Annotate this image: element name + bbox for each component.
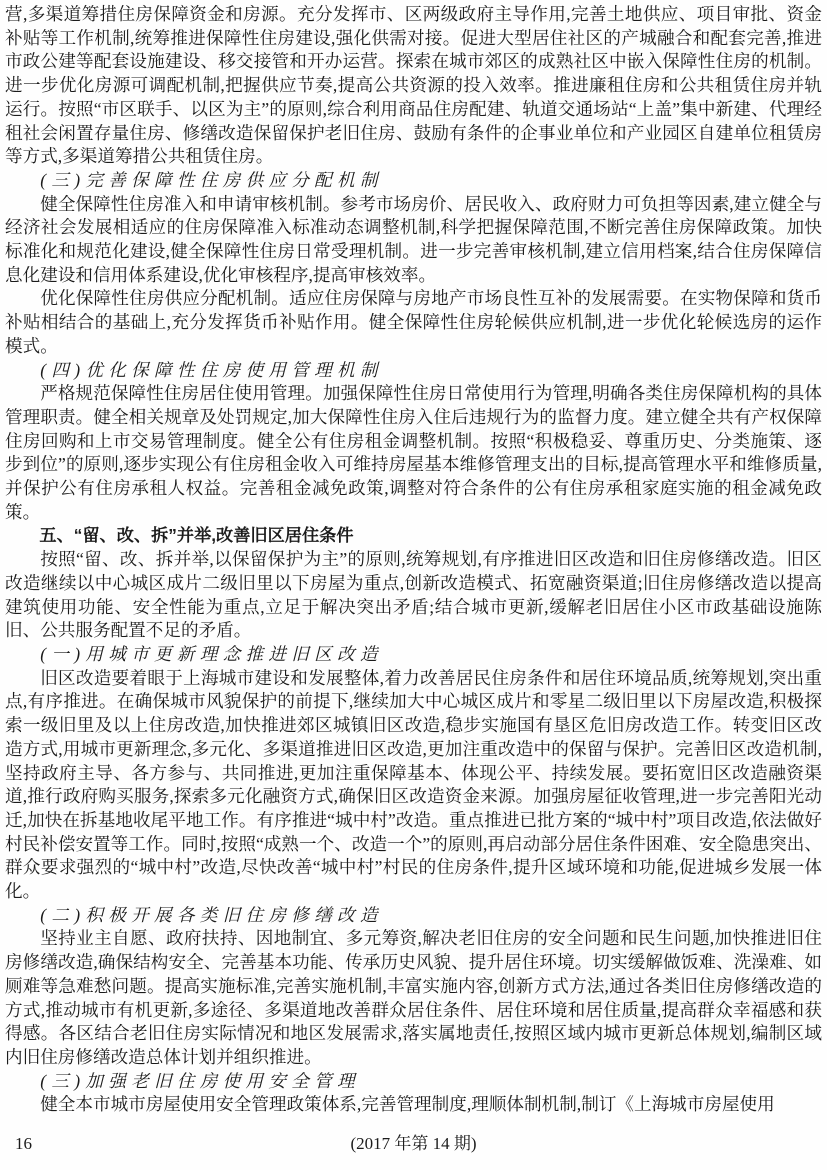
section-heading: (一)用城市更新理念推进旧区改造 — [5, 643, 822, 667]
body-paragraph: 严格规范保障性住房居住使用管理。加强保障性住房日常使用行为管理,明确各类住房保障… — [5, 382, 822, 524]
body-paragraph: 健全本市城市房屋使用安全管理政策体系,完善管理制度,理顺体制机制,制订《上海城市… — [5, 1093, 822, 1117]
section-heading: (三)完善保障性住房供应分配机制 — [5, 169, 822, 193]
body-paragraph: 坚持业主自愿、政府扶持、因地制宜、多元筹资,解决老旧住房的安全问题和民生问题,加… — [5, 927, 822, 1069]
body-paragraph: 旧区改造要着眼于上海城市建设和发展整体,着力改善居民住房条件和居住环境品质,统筹… — [5, 667, 822, 904]
body-paragraph: 营,多渠道筹措住房保障资金和房源。充分发挥市、区两级政府主导作用,完善土地供应、… — [5, 3, 822, 169]
body-paragraph: 健全保障性住房准入和申请审核机制。参考市场房价、居民收入、政府财力可负担等因素,… — [5, 193, 822, 288]
body-paragraph: 优化保障性住房供应分配机制。适应住房保障与房地产市场良性互补的发展需要。在实物保… — [5, 287, 822, 358]
section-heading: (三)加强老旧住房使用安全管理 — [5, 1070, 822, 1094]
page-footer: 16 (2017 年第 14 期) — [5, 1132, 822, 1156]
body-paragraph: 按照“留、改、拆并举,以保留保护为主”的原则,统筹规划,有序推进旧区改造和旧住房… — [5, 548, 822, 643]
section-heading: (二)积极开展各类旧住房修缮改造 — [5, 904, 822, 928]
section-heading: 五、“留、改、拆”并举,改善旧区居住条件 — [5, 524, 822, 548]
section-heading: (四)优化保障性住房使用管理机制 — [5, 359, 822, 383]
issue-label: (2017 年第 14 期) — [5, 1132, 822, 1156]
document-content: 营,多渠道筹措住房保障资金和房源。充分发挥市、区两级政府主导作用,完善土地供应、… — [5, 3, 822, 1117]
document-page: 营,多渠道筹措住房保障资金和房源。充分发挥市、区两级政府主导作用,完善土地供应、… — [0, 0, 827, 1170]
